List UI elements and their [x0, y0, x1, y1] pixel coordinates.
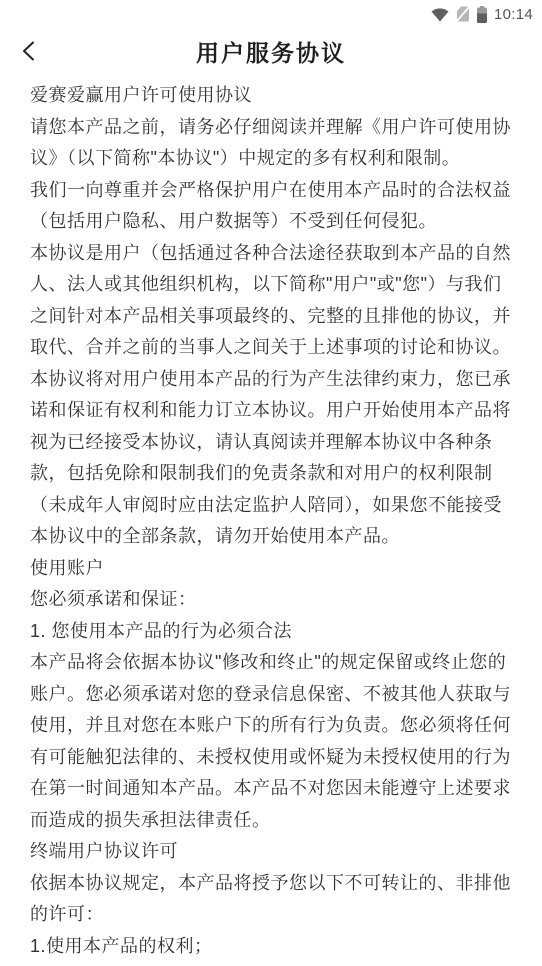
status-time: 10:14 — [494, 6, 533, 23]
chevron-left-icon — [22, 41, 35, 62]
agreement-paragraph: 终端用户协议许可 — [30, 836, 512, 868]
agreement-paragraph: 您必须承诺和保证： — [30, 584, 512, 616]
agreement-paragraph: 使用账户 — [30, 553, 512, 585]
header: 用户服务协议 — [0, 28, 542, 74]
back-button[interactable] — [16, 37, 41, 66]
agreement-paragraph: 本协议是用户（包括通过各种合法途径获取到本产品的自然人、法人或其他组织机构，以下… — [30, 238, 512, 364]
battery-icon — [477, 6, 487, 23]
agreement-paragraph: 本协议将对用户使用本产品的行为产生法律约束力，您已承诺和保证有权利和能力订立本协… — [30, 364, 512, 553]
agreement-paragraph: 1.使用本产品的权利； — [30, 931, 512, 963]
agreement-paragraph: 依据本协议规定，本产品将授予您以下不可转让的、非排他的许可： — [30, 868, 512, 931]
wifi-icon — [431, 7, 449, 22]
agreement-paragraph: 爱赛爱赢用户许可使用协议 — [30, 80, 512, 112]
no-sim-icon — [456, 6, 470, 22]
agreement-paragraph: 请您本产品之前，请务必仔细阅读并理解《用户许可使用协议》（以下简称"本协议"）中… — [30, 112, 512, 175]
screen: 10:14 用户服务协议 爱赛爱赢用户许可使用协议请您本产品之前，请务必仔细阅读… — [0, 0, 542, 966]
agreement-paragraph: 本产品将会依据本协议"修改和终止"的规定保留或终止您的账户。您必须承诺对您的登录… — [30, 647, 512, 836]
agreement-paragraph: 1. 您使用本产品的行为必须合法 — [30, 616, 512, 648]
status-bar: 10:14 — [0, 0, 542, 28]
agreement-content[interactable]: 爱赛爱赢用户许可使用协议请您本产品之前，请务必仔细阅读并理解《用户许可使用协议》… — [0, 74, 542, 962]
page-title: 用户服务协议 — [196, 35, 346, 68]
agreement-paragraph: 我们一向尊重并会严格保护用户在使用本产品时的合法权益（包括用户隐私、用户数据等）… — [30, 175, 512, 238]
